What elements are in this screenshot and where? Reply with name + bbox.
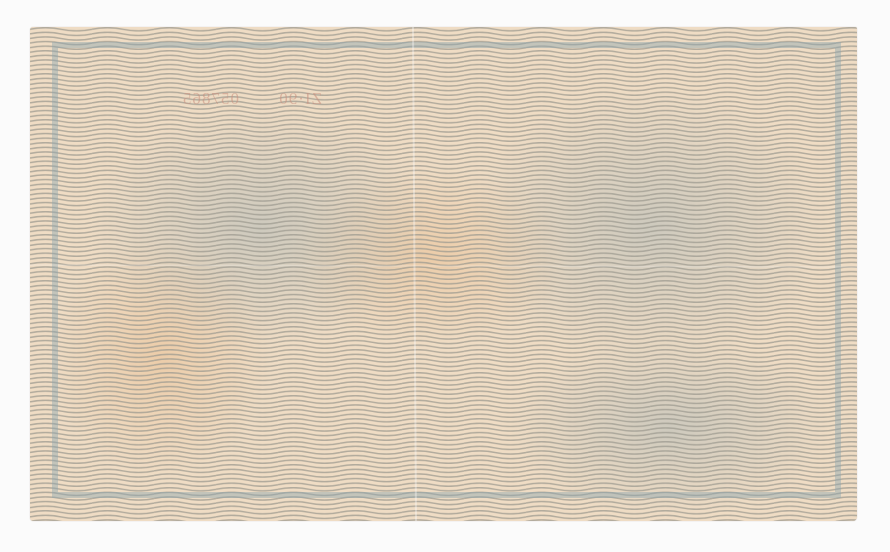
- serial-prefix: ZI·90: [278, 89, 322, 108]
- serial-number: 057865: [182, 89, 239, 108]
- banknote-reverse: ZI·90 057865: [30, 27, 857, 521]
- serial-number-showthrough: ZI·90 057865: [148, 89, 322, 109]
